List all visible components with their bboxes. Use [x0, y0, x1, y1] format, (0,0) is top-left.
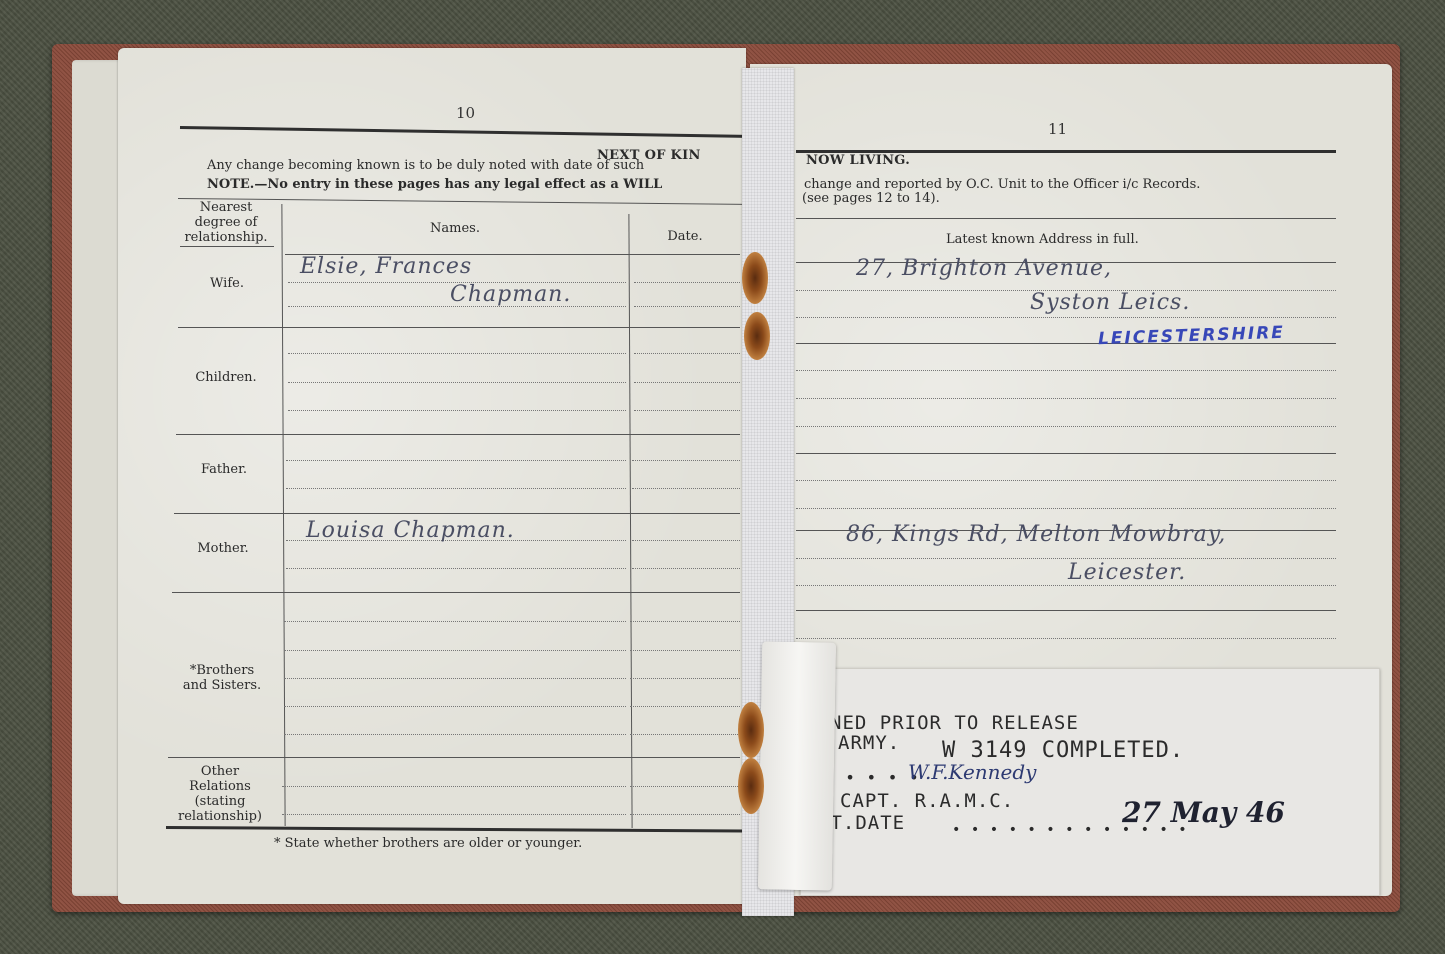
dotted-line	[796, 317, 1336, 318]
mother-address-line2: Leicester.	[1068, 560, 1186, 585]
dotted-line	[796, 398, 1336, 399]
rust-staple-top	[744, 312, 770, 360]
mother-address-line1: 86, Kings Rd, Melton Mowbray,	[846, 522, 1226, 547]
rust-staple-bottom	[738, 758, 764, 814]
wife-name-line1: Elsie, Frances	[300, 254, 472, 279]
release-slip-fold	[758, 641, 836, 890]
dotted-line	[284, 734, 626, 735]
dotted-line	[634, 282, 740, 283]
signature-dots: • • • • •	[824, 768, 920, 787]
label-line: Other	[168, 764, 272, 779]
stamp-line1: NED PRIOR TO RELEASE	[830, 712, 1079, 734]
dotted-line	[796, 508, 1336, 509]
dotted-line	[284, 678, 626, 679]
col-header-date: Date.	[650, 229, 720, 244]
stamp-line2a: ARMY.	[838, 732, 900, 754]
dotted-line	[630, 734, 740, 735]
dotted-line	[632, 540, 740, 541]
dotted-line	[282, 814, 626, 815]
dotted-line	[286, 568, 626, 569]
row-rule	[172, 592, 740, 593]
dotted-line	[796, 585, 1336, 586]
dotted-line	[630, 650, 740, 651]
row-rule	[174, 513, 740, 514]
row-rule	[176, 434, 740, 435]
stamp-line3: CAPT. R.A.M.C.	[840, 790, 1014, 812]
row-rule	[796, 453, 1336, 454]
dotted-line	[284, 650, 626, 651]
mother-name: Louisa Chapman.	[306, 518, 515, 543]
col-header-names: Names.	[400, 221, 510, 236]
label-brothers-sisters: *Brothers and Sisters.	[172, 663, 272, 693]
right-line1: change and reported by O.C. Unit to the …	[804, 177, 1200, 192]
label-wife: Wife.	[180, 276, 274, 291]
dotted-line	[630, 786, 740, 787]
dotted-line	[630, 706, 740, 707]
dotted-line	[796, 480, 1336, 481]
label-line: *Brothers	[172, 663, 272, 678]
label-mother: Mother.	[174, 541, 272, 556]
page-number-right: 11	[1048, 120, 1067, 138]
rust-staple-bottom	[738, 702, 764, 758]
col-header-relationship: Nearest degree of relationship.	[178, 200, 274, 245]
dotted-line	[630, 621, 740, 622]
dotted-line	[288, 353, 626, 354]
heading-now-living: NOW LIVING.	[806, 153, 910, 168]
dotted-line	[796, 558, 1336, 559]
row-rule	[168, 757, 740, 758]
header-rule-right	[796, 218, 1336, 219]
dotted-line	[634, 410, 740, 411]
wife-name-line2: Chapman.	[450, 282, 571, 307]
officer-signature: W.F.Kennedy	[908, 760, 1036, 784]
label-line: (stating	[168, 794, 272, 809]
dotted-line	[632, 568, 740, 569]
dotted-line	[286, 488, 626, 489]
row-rule	[180, 246, 274, 247]
dotted-line	[632, 488, 740, 489]
col-header-address: Latest known Address in full.	[946, 232, 1139, 247]
label-line: relationship)	[168, 809, 272, 824]
wife-address-line2: Syston Leics.	[1030, 290, 1190, 315]
rust-staple-top	[742, 252, 768, 304]
dotted-line	[630, 814, 740, 815]
page-number-left: 10	[456, 104, 475, 122]
dotted-line	[284, 706, 626, 707]
label-children: Children.	[178, 370, 274, 385]
dotted-line	[282, 786, 626, 787]
dotted-line	[630, 678, 740, 679]
dotted-line	[634, 306, 740, 307]
dotted-line	[284, 621, 626, 622]
dotted-line	[632, 460, 740, 461]
footnote: * State whether brothers are older or yo…	[274, 836, 582, 851]
dotted-line	[634, 382, 740, 383]
dotted-line	[634, 353, 740, 354]
dotted-line	[796, 638, 1336, 639]
dotted-line	[288, 382, 626, 383]
wife-address-line1: 27, Brighton Avenue,	[856, 256, 1112, 281]
dotted-line	[286, 460, 626, 461]
row-rule	[178, 327, 740, 328]
note-text: NOTE.—No entry in these pages has any le…	[207, 177, 662, 192]
row-rule	[796, 610, 1336, 611]
dotted-line	[796, 370, 1336, 371]
label-other-relations: Other Relations (stating relationship)	[168, 764, 272, 824]
intro-text: Any change becoming known is to be duly …	[207, 158, 644, 173]
right-line2: (see pages 12 to 14).	[802, 191, 940, 206]
dotted-line	[796, 426, 1336, 427]
dotted-line	[288, 410, 626, 411]
label-line: and Sisters.	[172, 678, 272, 693]
label-line: Relations	[168, 779, 272, 794]
release-date-handwritten: 27 May 46	[1122, 796, 1285, 829]
label-father: Father.	[176, 462, 272, 477]
